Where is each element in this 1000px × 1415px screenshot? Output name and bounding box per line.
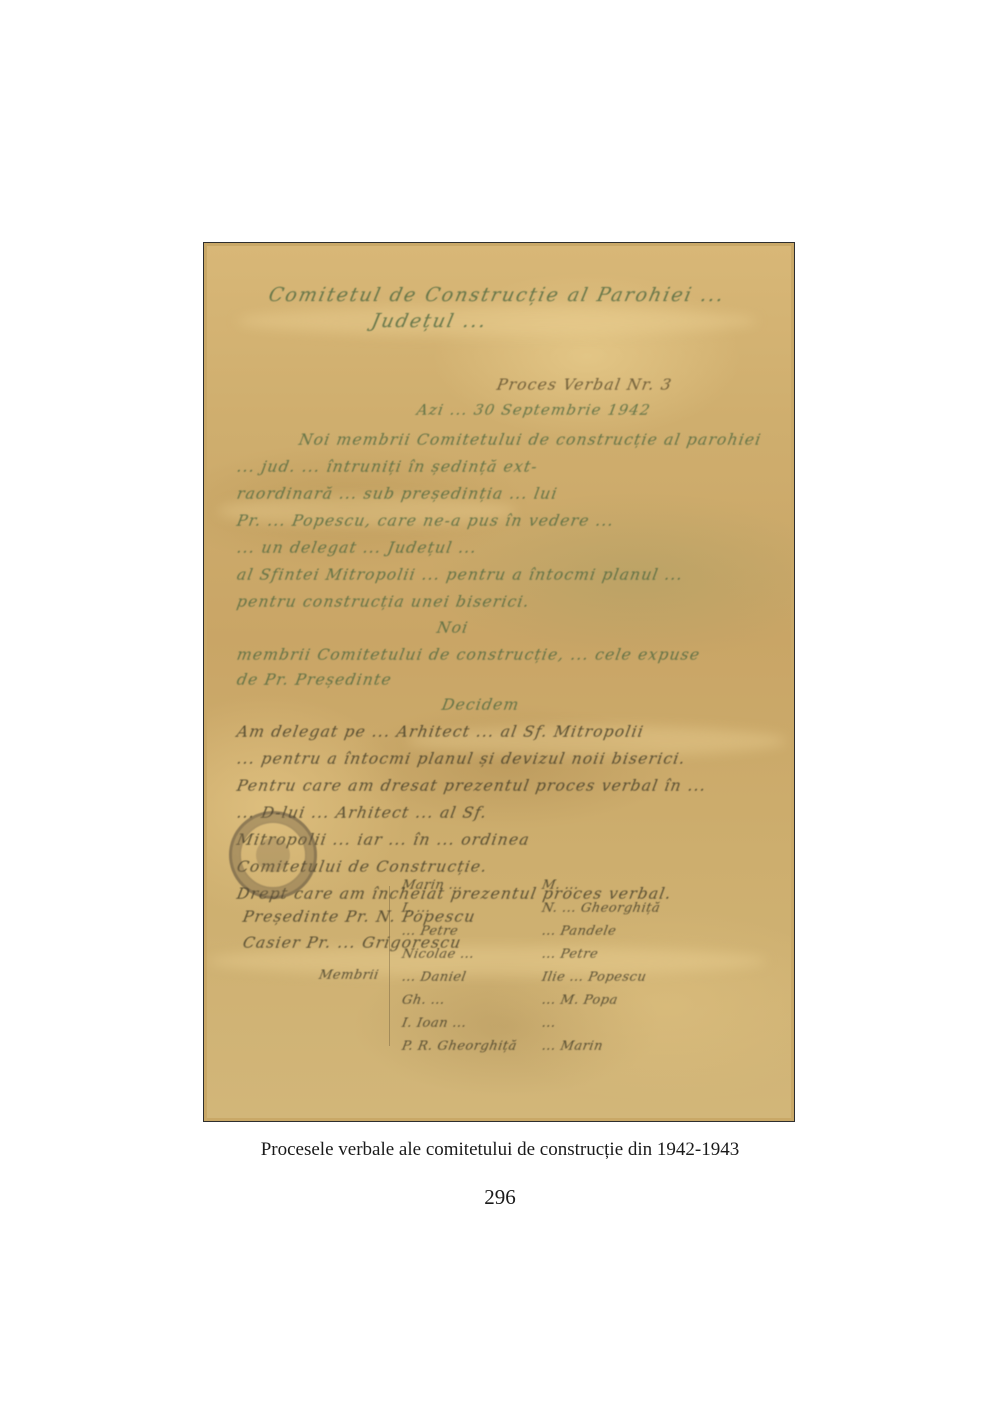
handwritten-line: Noi membrii Comitetului de construcție a… bbox=[297, 431, 763, 449]
handwritten-line: Pentru care am dresat prezentul proces v… bbox=[235, 777, 708, 795]
document-photograph: Comitetul de Construcție al Parohiei ...… bbox=[203, 242, 795, 1122]
stamp-emblem bbox=[256, 838, 290, 872]
handwritten-subheading: Proces Verbal Nr. 3 bbox=[495, 376, 673, 394]
handwritten-line: ... jud. ... întruniți în ședință ext- bbox=[235, 458, 539, 476]
member-signature: ... Daniel bbox=[401, 970, 468, 985]
book-page: Comitetul de Construcție al Parohiei ...… bbox=[0, 0, 1000, 1415]
member-signature: ... Petre bbox=[541, 947, 600, 962]
handwritten-heading: Județul ... bbox=[370, 310, 490, 332]
member-signature: P. R. Gheorghiță bbox=[401, 1039, 518, 1054]
member-signature: I. ... bbox=[401, 901, 432, 916]
member-signature: Ilie ... Popescu bbox=[541, 970, 648, 985]
member-signature: ... Pandele bbox=[541, 924, 618, 939]
member-signature: M. ... bbox=[541, 878, 581, 893]
handwritten-line: raordinară ... sub președinția ... lui bbox=[235, 485, 559, 503]
member-signature: N. ... Gheorghiță bbox=[541, 901, 662, 916]
handwritten-line: ... un delegat ... Județul ... bbox=[235, 539, 478, 557]
handwritten-line: al Sfintei Mitropolii ... pentru a întoc… bbox=[235, 566, 684, 584]
figure-caption: Procesele verbale ale comitetului de con… bbox=[0, 1139, 1000, 1161]
aged-paper: Comitetul de Construcție al Parohiei ...… bbox=[207, 246, 791, 1118]
handwritten-section-heading: Decidem bbox=[440, 696, 521, 714]
member-signature: Marin ... bbox=[401, 878, 464, 893]
member-signature: Nicolae ... bbox=[401, 947, 476, 962]
handwritten-section-heading: Noi bbox=[435, 619, 470, 637]
parish-stamp bbox=[229, 811, 317, 899]
members-brace bbox=[389, 886, 398, 1046]
handwritten-date: Azi ... 30 Septembrie 1942 bbox=[415, 401, 652, 419]
handwritten-line: Am delegat pe ... Arhitect ... al Sf. Mi… bbox=[235, 723, 645, 741]
page-number: 296 bbox=[0, 1185, 1000, 1210]
member-signature: I. Ioan ... bbox=[401, 1016, 468, 1031]
members-label: Membrii bbox=[318, 968, 380, 983]
handwritten-line: pentru construcția unei biserici. bbox=[235, 593, 531, 611]
member-signature: Gh. ... bbox=[401, 993, 447, 1008]
handwritten-line: de Pr. Președinte bbox=[235, 671, 393, 689]
member-signature: ... Petre bbox=[401, 924, 460, 939]
member-signature: ... bbox=[541, 1016, 558, 1031]
handwritten-heading: Comitetul de Construcție al Parohiei ... bbox=[267, 284, 728, 306]
member-signature: ... M. Popa bbox=[541, 993, 619, 1008]
paper-fold-streak bbox=[237, 306, 757, 336]
handwritten-line: membrii Comitetului de construcție, ... … bbox=[235, 646, 701, 664]
handwritten-line: Pr. ... Popescu, care ne-a pus în vedere… bbox=[235, 512, 615, 530]
member-signature: ... Marin bbox=[541, 1039, 604, 1054]
handwritten-line: ... pentru a întocmi planul și devizul n… bbox=[235, 750, 687, 768]
